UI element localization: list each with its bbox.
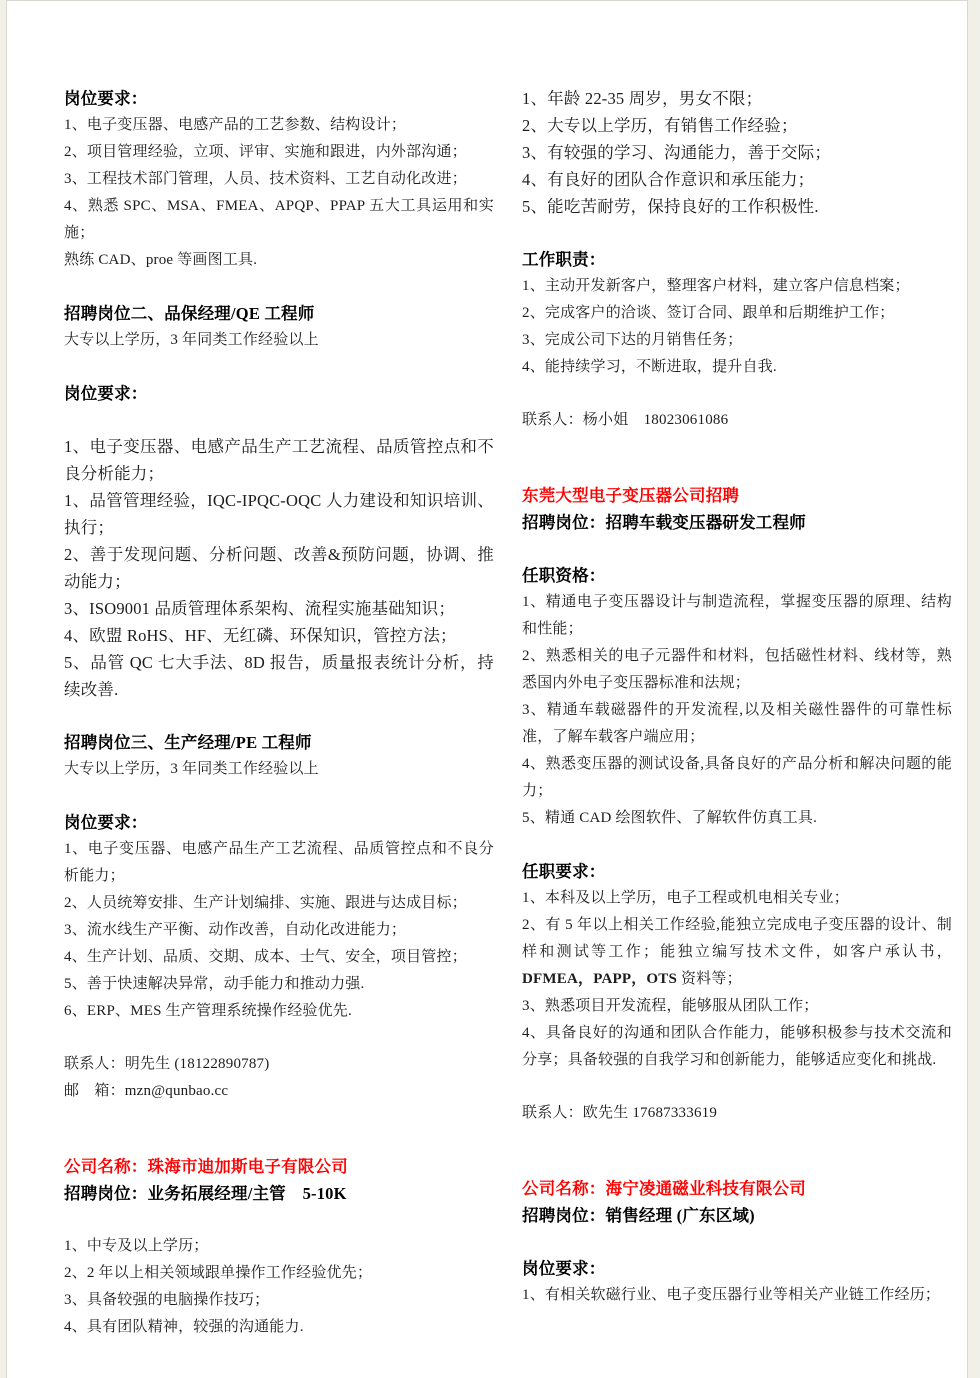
spacer [522, 832, 952, 858]
company-heading: 公司名称：珠海市迪加斯电子有限公司 [64, 1153, 494, 1180]
paragraph: 熟练 CAD、proe 等画图工具. [64, 247, 494, 274]
section-heading: 招聘岗位：业务拓展经理/主管 5-10K [64, 1180, 494, 1207]
section-heading: 任职资格： [522, 562, 952, 589]
paragraph: 3、精通车载磁器件的开发流程,以及相关磁性器件的可靠性标准，了解车载客户端应用； [522, 697, 952, 751]
paragraph: 1、年龄 22-35 周岁，男女不限； [522, 85, 952, 112]
document-viewport: 岗位要求：1、电子变压器、电感产品的工艺参数、结构设计；2、项目管理经验，立项、… [0, 0, 980, 1378]
paragraph: 2、项目管理经验，立项、评审、实施和跟进，内外部沟通； [64, 139, 494, 166]
paragraph: 1、电子变压器、电感产品生产工艺流程、品质管控点和不良分析能力； [64, 836, 494, 890]
page-content: 岗位要求：1、电子变压器、电感产品的工艺参数、结构设计；2、项目管理经验，立项、… [7, 1, 967, 1341]
paragraph: 6、ERP、MES 生产管理系统操作经验优先. [64, 998, 494, 1025]
paragraph: 2、完成客户的洽谈、签订合同、跟单和后期维护工作； [522, 300, 952, 327]
paragraph: 5、善于快速解决异常，动手能力和推动力强. [64, 971, 494, 998]
text-run: 资料等； [677, 971, 742, 987]
paragraph: 4、熟悉变压器的测试设备,具备良好的产品分析和解决问题的能力； [522, 751, 952, 805]
paragraph: 2、善于发现问题、分析问题、改善&预防问题，协调、推动能力； [64, 541, 494, 595]
spacer [522, 434, 952, 482]
spacer [522, 1127, 952, 1175]
paragraph: 3、熟悉项目开发流程，能够服从团队工作； [522, 993, 952, 1020]
paragraph: 4、具有团队精神，较强的沟通能力. [64, 1314, 494, 1341]
section-heading: 工作职责： [522, 246, 952, 273]
spacer [64, 354, 494, 380]
section-heading: 招聘岗位三、生产经理/PE 工程师 [64, 729, 494, 756]
section-heading: 岗位要求： [64, 809, 494, 836]
right-column: 1、年龄 22-35 周岁，男女不限；2、大专以上学历，有销售工作经验；3、有较… [522, 85, 952, 1341]
paragraph: 4、具备良好的沟通和团队合作能力，能够积极参与技术交流和分享；具备较强的自我学习… [522, 1020, 952, 1074]
paragraph: 1、本科及以上学历，电子工程或机电相关专业； [522, 885, 952, 912]
left-column: 岗位要求：1、电子变压器、电感产品的工艺参数、结构设计；2、项目管理经验，立项、… [64, 85, 494, 1341]
spacer [64, 1025, 494, 1051]
paragraph: 5、能吃苦耐劳，保持良好的工作积极性. [522, 193, 952, 220]
paragraph: 3、具备较强的电脑操作技巧； [64, 1287, 494, 1314]
paragraph: 大专以上学历，3 年同类工作经验以上 [64, 756, 494, 783]
company-heading: 公司名称：海宁凌通磁业科技有限公司 [522, 1175, 952, 1202]
spacer [522, 381, 952, 407]
paragraph: 联系人：杨小姐 18023061086 [522, 407, 952, 434]
paragraph: 4、欧盟 RoHS、HF、无红磷、环保知识，管控方法； [64, 622, 494, 649]
paragraph: 5、精通 CAD 绘图软件、了解软件仿真工具. [522, 805, 952, 832]
paragraph: 邮 箱：mzn@qunbao.cc [64, 1078, 494, 1105]
section-heading: 招聘岗位二、品保经理/QE 工程师 [64, 300, 494, 327]
paragraph: 2、大专以上学历，有销售工作经验； [522, 112, 952, 139]
paragraph: 3、流水线生产平衡、动作改善，自动化改进能力； [64, 917, 494, 944]
section-heading: 招聘岗位：招聘车载变压器研发工程师 [522, 509, 952, 536]
section-heading: 招聘岗位：销售经理 (广东区域) [522, 1202, 952, 1229]
paragraph: 1、品管管理经验，IQC-IPQC-OQC 人力建设和知识培训、执行； [64, 487, 494, 541]
paragraph: 2、2 年以上相关领域跟单操作工作经验优先； [64, 1260, 494, 1287]
spacer [64, 407, 494, 433]
paragraph: 2、人员统筹安排、生产计划编排、实施、跟进与达成目标； [64, 890, 494, 917]
paragraph: 大专以上学历，3 年同类工作经验以上 [64, 327, 494, 354]
paragraph: 联系人：欧先生 17687333619 [522, 1100, 952, 1127]
section-heading: 岗位要求： [64, 380, 494, 407]
spacer [522, 536, 952, 562]
paragraph: 2、有 5 年以上相关工作经验,能独立完成电子变压器的设计、制样和测试等工作；能… [522, 912, 952, 993]
paragraph: 4、能持续学习，不断进取，提升自我. [522, 354, 952, 381]
bold-text: DFMEA，PAPP，OTS [522, 971, 677, 987]
spacer [64, 1105, 494, 1153]
paragraph: 联系人：明先生 (18122890787) [64, 1051, 494, 1078]
paragraph: 3、ISO9001 品质管理体系架构、流程实施基础知识； [64, 595, 494, 622]
paragraph: 2、熟悉相关的电子元器件和材料，包括磁性材料、线材等，熟悉国内外电子变压器标准和… [522, 643, 952, 697]
paragraph: 3、工程技术部门管理，人员、技术资料、工艺自动化改进； [64, 166, 494, 193]
paragraph: 1、精通电子变压器设计与制造流程，掌握变压器的原理、结构和性能； [522, 589, 952, 643]
company-heading: 东莞大型电子变压器公司招聘 [522, 482, 952, 509]
section-heading: 岗位要求： [64, 85, 494, 112]
paragraph: 4、熟悉 SPC、MSA、FMEA、APQP、PPAP 五大工具运用和实施； [64, 193, 494, 247]
section-heading: 任职要求： [522, 858, 952, 885]
paragraph: 1、电子变压器、电感产品生产工艺流程、品质管控点和不良分析能力； [64, 433, 494, 487]
spacer [522, 220, 952, 246]
document-page: 岗位要求：1、电子变压器、电感产品的工艺参数、结构设计；2、项目管理经验，立项、… [6, 0, 968, 1378]
paragraph: 1、电子变压器、电感产品的工艺参数、结构设计； [64, 112, 494, 139]
paragraph: 3、完成公司下达的月销售任务； [522, 327, 952, 354]
paragraph: 1、主动开发新客户，整理客户材料，建立客户信息档案； [522, 273, 952, 300]
spacer [64, 1207, 494, 1233]
paragraph: 1、中专及以上学历； [64, 1233, 494, 1260]
spacer [522, 1074, 952, 1100]
paragraph: 5、品管 QC 七大手法、8D 报告，质量报表统计分析，持续改善. [64, 649, 494, 703]
paragraph: 4、有良好的团队合作意识和承压能力； [522, 166, 952, 193]
spacer [64, 783, 494, 809]
section-heading: 岗位要求： [522, 1255, 952, 1282]
text-run: 2、有 5 年以上相关工作经验,能独立完成电子变压器的设计、制样和测试等工作；能… [522, 917, 952, 960]
paragraph: 3、有较强的学习、沟通能力，善于交际； [522, 139, 952, 166]
spacer [64, 703, 494, 729]
spacer [522, 1229, 952, 1255]
paragraph: 1、有相关软磁行业、电子变压器行业等相关产业链工作经历； [522, 1282, 952, 1309]
spacer [64, 274, 494, 300]
paragraph: 4、生产计划、品质、交期、成本、士气、安全，项目管控； [64, 944, 494, 971]
